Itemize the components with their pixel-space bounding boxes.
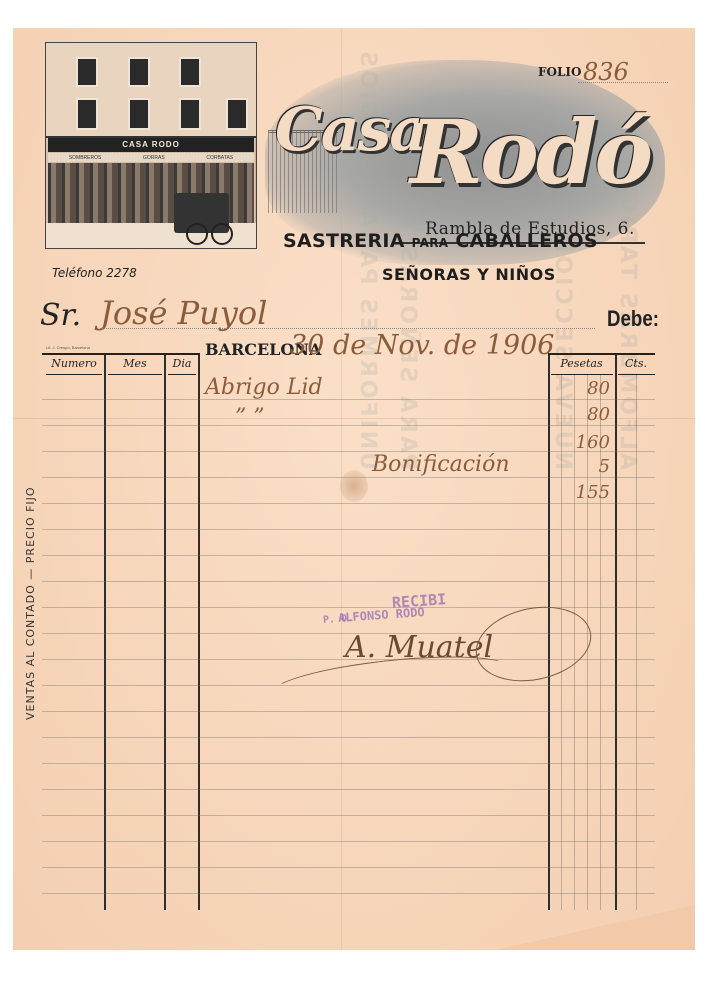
brand-rodo: Rodó xyxy=(410,100,650,204)
tagline-caballeros: CABALLEROS xyxy=(455,230,598,252)
window xyxy=(76,57,98,87)
folded-corner xyxy=(495,905,695,950)
total-pesetas: 155 xyxy=(565,482,610,503)
line-item-description: Abrigo Lid xyxy=(205,375,323,400)
ruled-line xyxy=(42,763,655,764)
ruled-line xyxy=(42,399,655,400)
subtotal-pesetas: 160 xyxy=(565,432,610,453)
window xyxy=(128,57,150,87)
storefront-subsigns: SOMBREROS GORRAS CORBATAS xyxy=(48,153,254,162)
ruled-line xyxy=(42,867,655,868)
storefront-engraving: CASA RODO SOMBREROS GORRAS CORBATAS xyxy=(45,42,257,249)
column-header-dia: Dia xyxy=(167,357,197,370)
column-header-pesetas: Pesetas xyxy=(550,357,613,370)
telephone: Teléfono 2278 xyxy=(52,266,137,280)
ruled-line xyxy=(42,789,655,790)
ruled-line xyxy=(42,737,655,738)
carriage-wheel xyxy=(211,223,233,245)
ruled-line xyxy=(42,555,655,556)
customer-name: José Puyol xyxy=(100,294,267,332)
ruled-line xyxy=(42,451,655,452)
column-header-numero: Numero xyxy=(45,357,103,370)
ruled-line xyxy=(42,711,655,712)
window xyxy=(179,57,201,87)
window xyxy=(128,98,150,130)
brand-casa: Casa xyxy=(275,95,426,165)
column-header-cts: Cts. xyxy=(617,357,655,370)
storefront-sign-text: CASA RODO xyxy=(122,140,180,149)
side-text: VENTAS AL CONTADO — PRECIO FIJO xyxy=(24,486,37,720)
table-top-rule xyxy=(42,353,200,355)
customer-underline xyxy=(100,328,595,329)
tagline: SASTRERIA PARA CABALLEROS xyxy=(283,230,598,252)
header-underline xyxy=(46,374,102,375)
line-item-pesetas: 80 xyxy=(565,404,610,425)
received-stamp-po: P. O. xyxy=(323,613,354,626)
tagline-sastreria: SASTRERIA xyxy=(283,230,405,252)
debe-label: Debe: xyxy=(607,306,659,332)
ruled-line xyxy=(42,841,655,842)
carriage-wheel xyxy=(186,223,208,245)
window xyxy=(179,98,201,130)
folio-underline xyxy=(578,82,668,83)
subsign: SOMBREROS xyxy=(69,155,102,161)
subsign: GORRAS xyxy=(143,155,165,161)
line-item-description: ” ” xyxy=(235,405,265,430)
stain xyxy=(340,470,368,502)
tagline-sub: SEÑORAS Y NIÑOS xyxy=(382,265,556,284)
printer-credit: Lit. J. Crespo, Barcelona xyxy=(46,345,90,350)
ruled-line xyxy=(42,815,655,816)
ruled-line xyxy=(42,581,655,582)
ruled-line xyxy=(42,529,655,530)
header-underline xyxy=(168,374,196,375)
ruled-line xyxy=(42,425,655,426)
window xyxy=(76,98,98,130)
folio-label: FOLIO xyxy=(538,65,581,79)
table-top-rule xyxy=(548,353,655,355)
window xyxy=(226,98,248,130)
invoice-date: 30 de Nov. de 1906 xyxy=(290,330,554,361)
storefront-sign: CASA RODO xyxy=(48,138,254,152)
column-header-mes: Mes xyxy=(107,357,163,370)
line-item-pesetas: 80 xyxy=(565,378,610,399)
header-underline xyxy=(108,374,162,375)
discount-pesetas: 5 xyxy=(565,456,610,477)
digit-guide xyxy=(636,375,637,910)
ruled-line xyxy=(42,893,655,894)
subsign: CORBATAS xyxy=(206,155,233,161)
ruled-line xyxy=(42,503,655,504)
line-item-description: Bonificación xyxy=(372,452,510,477)
customer-prefix: Sr. xyxy=(40,298,81,333)
tagline-para: PARA xyxy=(412,236,449,250)
